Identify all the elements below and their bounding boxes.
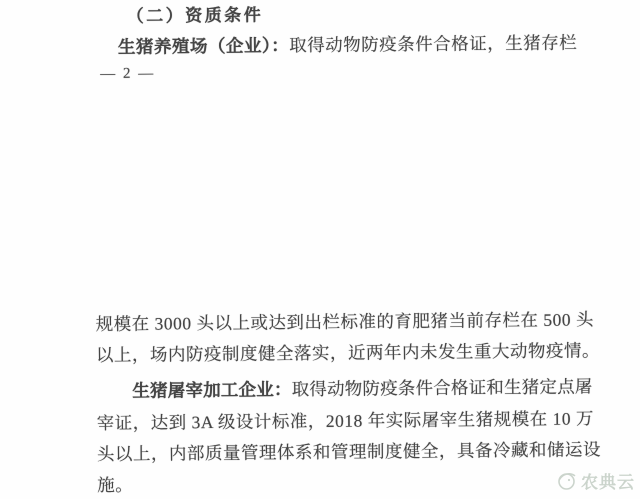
para2-line4: 施。 <box>97 475 133 497</box>
watermark-label: 农典云 <box>581 468 635 493</box>
para2-line1: 生猪屠宰加工企业：取得动物防疫条件合格证和生猪定点屠 <box>132 376 592 402</box>
para2-line2: 宰证，达到 3A 级设计标准，2018 年实际屠宰生猪规模在 10 万 <box>97 408 594 435</box>
slaughter-enterprise-lead: 生猪屠宰加工企业： <box>132 379 291 401</box>
section-next-page: 规模在 3000 头以上或达到出栏标准的育肥猪当前存栏在 500 头 以上，场内… <box>0 0 640 499</box>
para1-line1: 规模在 3000 头以上或达到出栏标准的育肥猪当前存栏在 500 头 <box>96 309 594 336</box>
document-scan: （二）资质条件 生猪养殖场（企业）：取得动物防疫条件合格证，生猪存栏 — 2 —… <box>0 0 640 499</box>
para1-line2: 以上，场内防疫制度健全落实，近两年内未发生重大动物疫情。 <box>96 340 600 367</box>
para2-line3: 头以上，内部质量管理体系和管理制度健全，具备冷藏和储运设 <box>97 439 601 466</box>
slaughter-enterprise-text: 取得动物防疫条件合格证和生猪定点屠 <box>292 376 593 399</box>
watermark: 农典云 <box>556 468 635 493</box>
nongdianyun-logo-icon <box>556 470 577 491</box>
